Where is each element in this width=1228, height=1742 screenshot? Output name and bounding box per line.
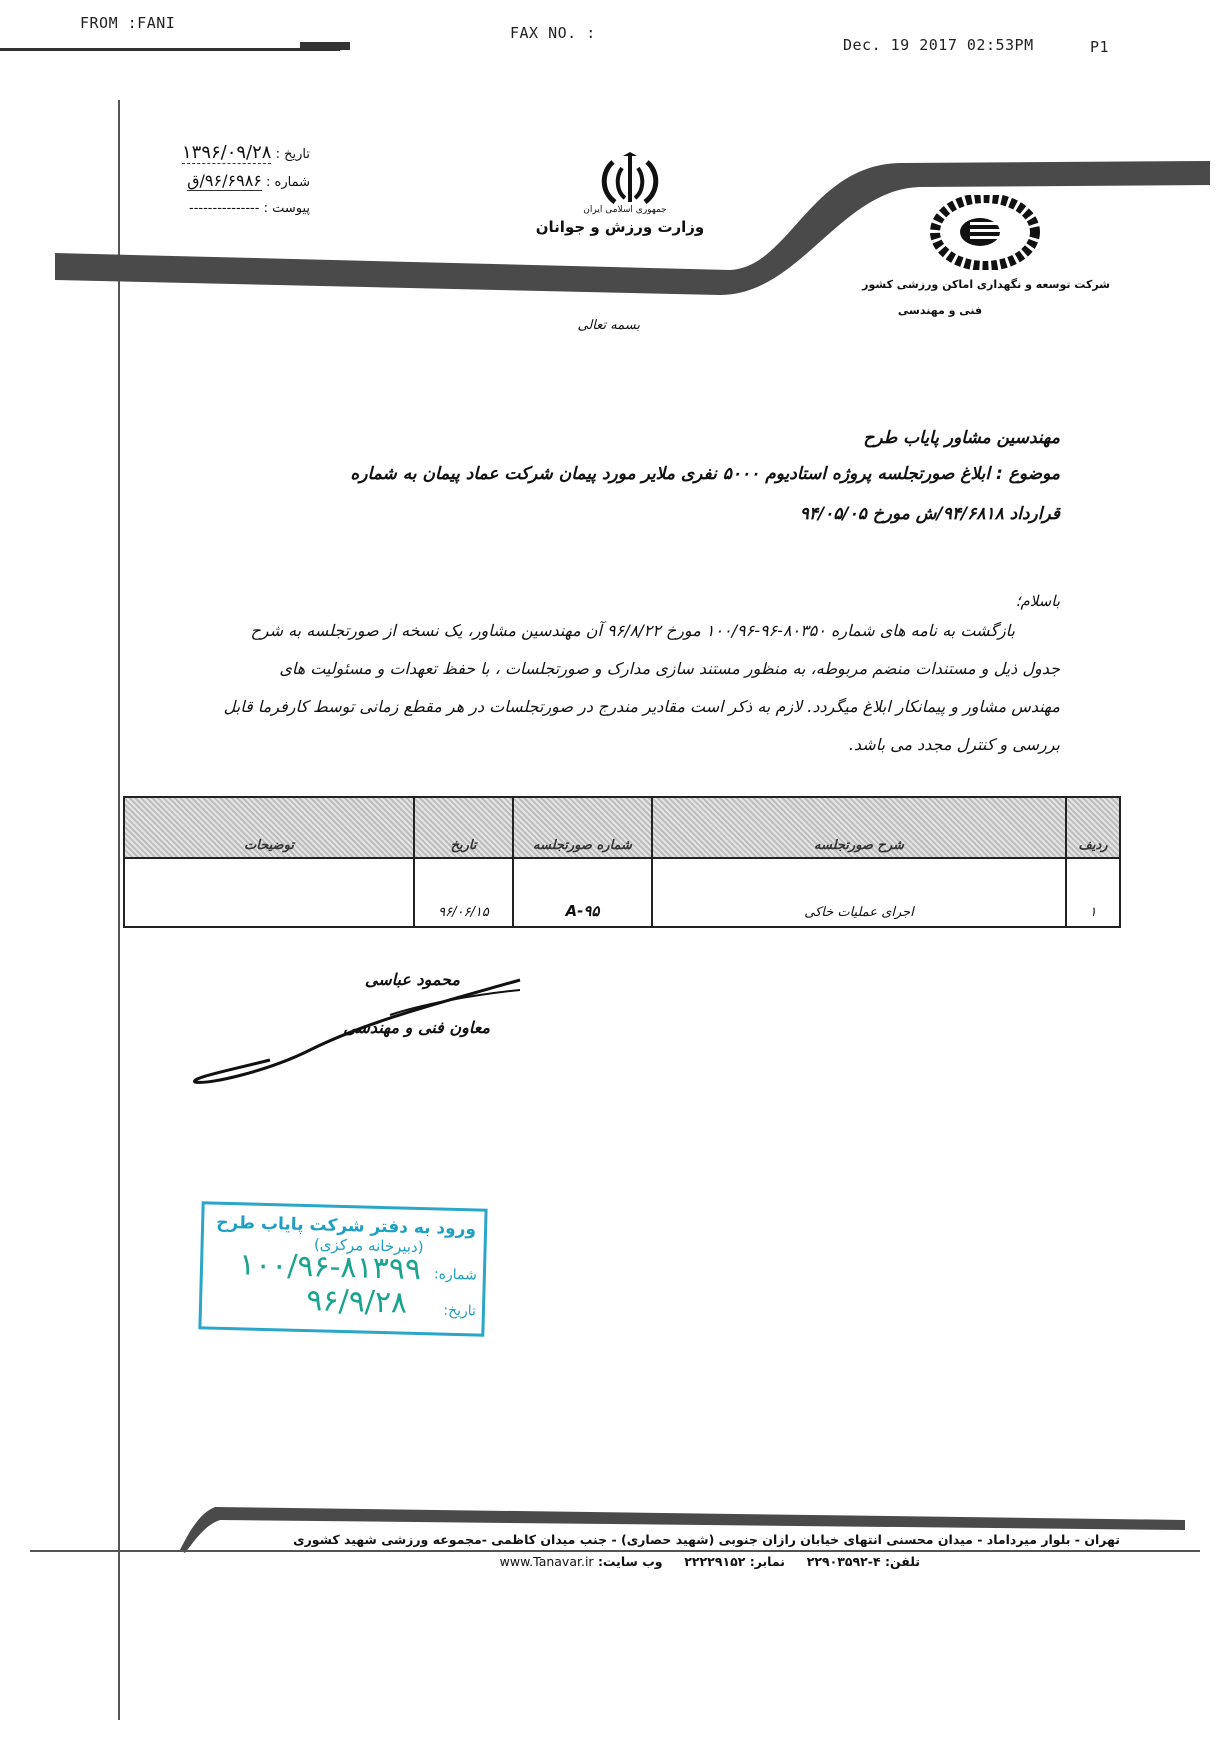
header-band [0,155,1228,295]
header-notes: توضیحات [124,797,414,858]
greeting: باسلام؛ [900,592,1060,610]
header-description: شرح صورتجلسه [652,797,1066,858]
cell-date: ۹۶/۰۶/۱۵ [414,858,513,927]
fax-strip-line [0,48,340,51]
company-logo-icon [930,195,1040,270]
company-department: فنی و مهندسی [840,304,1040,317]
table-header-row: ردیف شرح صورتجلسه شماره صورتجلسه تاریخ ت… [124,797,1120,858]
footer-website-label: وب سایت: [598,1554,663,1569]
header-minutes-number: شماره صورتجلسه [513,797,652,858]
table-row: ۱ اجرای عملیات خاکی A-۹۵ ۹۶/۰۶/۱۵ [124,858,1120,927]
stamp-date-value: ۹۶/۹/۲۸ [306,1283,408,1321]
cell-description: اجرای عملیات خاکی [652,858,1066,927]
footer-rule [30,1550,1200,1552]
fax-page: P1 [1090,38,1109,56]
stamp-date-label: تاریخ: [443,1303,476,1320]
subject-line-2: قرارداد ۹۴/۶۸۱۸/ش مورخ ۹۴/۰۵/۰۵ [160,504,1060,524]
minutes-table: ردیف شرح صورتجلسه شماره صورتجلسه تاریخ ت… [123,796,1121,928]
margin-line [118,100,120,1720]
company-name: شرکت توسعه و نگهداری اماکن ورزشی کشور [840,278,1110,291]
body-line-1: بازگشت به نامه های شماره ۸۰۳۵۰-۹۶-۱۰۰/۹۶… [160,612,1060,650]
body-line-4: بررسی و کنترل مجدد می باشد. [160,726,1060,764]
header-date: تاریخ [414,797,513,858]
cell-minutes-number: A-۹۵ [513,858,652,927]
footer-phone: تلفن: ۴-۲۲۹۰۳۵۹۲ [807,1554,920,1569]
fax-strip-block [300,42,350,50]
invocation: بسمه تعالی [560,318,640,333]
body-line-2: جدول ذیل و مستندات منضم مربوطه، به منظور… [160,650,1060,688]
recipient: مهندسین مشاور پایاب طرح [160,428,1060,448]
fax-number: FAX NO. : [510,24,596,42]
cell-row-number: ۱ [1066,858,1120,927]
footer-contact: تلفن: ۴-۲۲۹۰۳۵۹۲ نمابر: ۲۲۲۲۹۱۵۲ وب سایت… [400,1554,920,1569]
fax-from: FROM :FANI [80,14,175,32]
fax-datetime: Dec. 19 2017 02:53PM [843,36,1034,54]
stamp-number-label: شماره: [434,1266,477,1283]
stamp-date-row: تاریخ: ۹۶/۹/۲۸ [202,1284,483,1321]
stamp-number-value: ۱۰۰/۹۶-۸۱۳۹۹ [239,1247,422,1287]
letter-body: بازگشت به نامه های شماره ۸۰۳۵۰-۹۶-۱۰۰/۹۶… [160,612,1060,764]
body-line-3: مهندس مشاور و پیمانکار ابلاغ میگردد. لاز… [160,688,1060,726]
signature-icon [190,960,530,1090]
receipt-stamp: ورود به دفتر شرکت پایاب طرح (دبیرخانه مر… [198,1201,487,1336]
footer-address: تهران - بلوار میرداماد - میدان محسنی انت… [180,1532,1120,1547]
subject-line-1: موضوع : ابلاغ صورتجلسه پروژه استادیوم ۵۰… [160,464,1060,484]
cell-notes [124,858,414,927]
header-row-number: ردیف [1066,797,1120,858]
footer-website[interactable]: www.Tanavar.ir [500,1554,594,1569]
footer-fax: نمابر: ۲۲۲۲۹۱۵۲ [684,1554,785,1569]
